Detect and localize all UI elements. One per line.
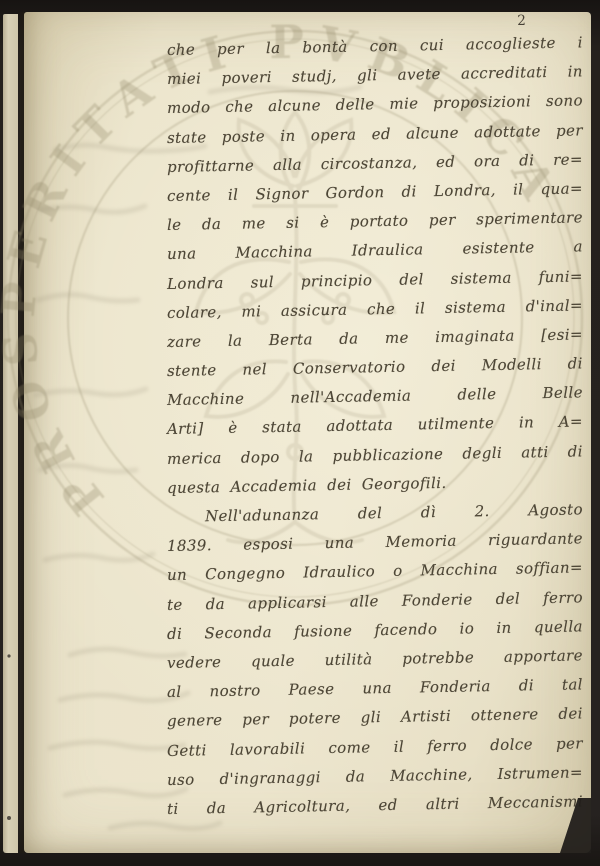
adjacent-page-edge: [3, 14, 18, 853]
page-number: 2: [512, 13, 532, 29]
manuscript-text: che per la bontà con cui accoglieste i m…: [167, 36, 583, 824]
scanned-manuscript-photo: PROSPERITATI PVBLICAE: [0, 0, 600, 866]
